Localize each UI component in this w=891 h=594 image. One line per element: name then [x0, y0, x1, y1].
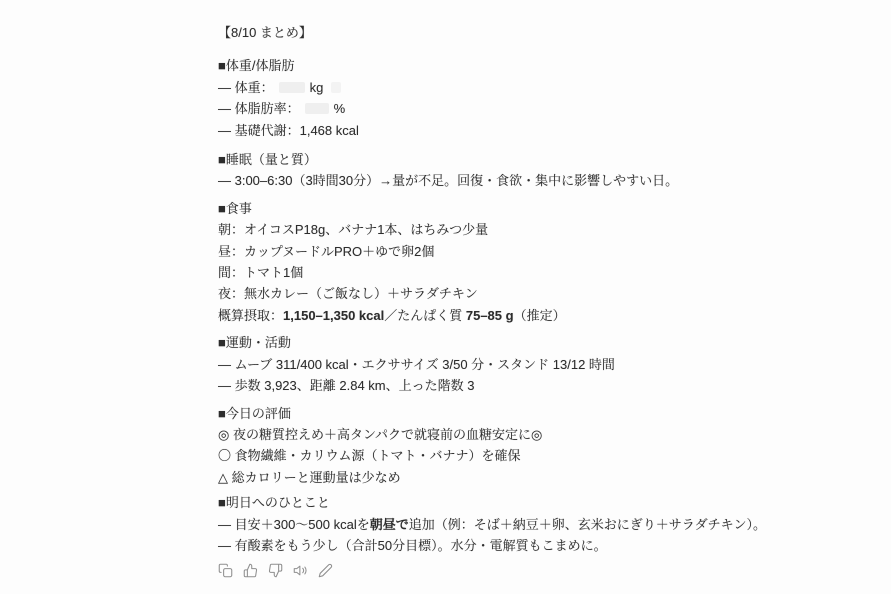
snack-line: 間：トマト1個 [218, 262, 778, 283]
thumbs-down-icon [268, 563, 283, 578]
thumbs-up-button[interactable] [243, 563, 258, 578]
edit-pencil-icon [318, 563, 333, 578]
weight-label: — 体重： [218, 80, 274, 95]
sleep-heading: ■睡眠（量と質） [218, 149, 778, 170]
section-activity: ■運動・活動 — ムーブ 311/400 kcal・エクササイズ 3/50 分・… [218, 332, 778, 396]
lunch-line: 昼：カップヌードルPRO＋ゆで卵2個 [218, 241, 778, 262]
dinner-line: 夜：無水カレー（ご飯なし）＋サラダチキン [218, 283, 778, 304]
tomorrow-line1-bold: 朝昼で [370, 517, 409, 532]
message-action-bar [218, 563, 778, 578]
section-body-metrics: ■体重/体脂肪 — 体重：kg — 体脂肪率：% — 基礎代謝：1,468 kc… [218, 55, 778, 141]
section-sleep: ■睡眠（量と質） — 3:00–6:30（3時間30分）→量が不足。回復・食欲・… [218, 149, 778, 192]
copy-button[interactable] [218, 563, 233, 578]
section-evaluation: ■今日の評価 ◎ 夜の糖質控えめ＋高タンパクで就寝前の血糖安定に◎ 〇 食物繊維… [218, 403, 778, 489]
summary-title: 【8/10 まとめ】 [218, 22, 778, 43]
read-aloud-icon [293, 563, 308, 578]
activity-heading: ■運動・活動 [218, 332, 778, 353]
read-aloud-button[interactable] [293, 563, 308, 578]
breakfast-line: 朝：オイコスP18g、バナナ1本、はちみつ少量 [218, 219, 778, 240]
intake-estimate-line: 概算摂取：1,150–1,350 kcal／たんぱく質 75–85 g（推定） [218, 305, 778, 326]
body-metrics-heading: ■体重/体脂肪 [218, 55, 778, 76]
copy-icon [218, 563, 233, 578]
thumbs-up-icon [243, 563, 258, 578]
chat-screenshot-page: 【8/10 まとめ】 ■体重/体脂肪 — 体重：kg — 体脂肪率：% — 基礎… [0, 0, 891, 594]
tomorrow-line1: — 目安＋300〜500 kcalを朝昼で追加（例：そば＋納豆＋卵、玄米おにぎり… [218, 514, 778, 535]
weight-unit: kg [310, 80, 324, 95]
body-fat-label: — 体脂肪率： [218, 101, 300, 116]
tomorrow-heading: ■明日へのひとこと [218, 492, 778, 513]
tomorrow-line2: — 有酸素をもう少し（合計50分目標）。水分・電解質もこまめに。 [218, 535, 778, 556]
redacted-weight-value [279, 82, 305, 93]
body-fat-line: — 体脂肪率：% [218, 98, 778, 119]
evaluation-good-line: ◎ 夜の糖質控えめ＋高タンパクで就寝前の血糖安定に◎ [218, 424, 778, 445]
intake-suffix: （推定） [514, 308, 566, 323]
assistant-message: 【8/10 まとめ】 ■体重/体脂肪 — 体重：kg — 体脂肪率：% — 基礎… [218, 22, 778, 578]
tomorrow-line1-prefix: — 目安＋300〜500 kcalを [218, 517, 370, 532]
intake-kcal-value: 1,150–1,350 kcal [283, 308, 384, 323]
redacted-body-fat-value [305, 103, 329, 114]
edit-button[interactable] [318, 563, 333, 578]
bmr-line: — 基礎代謝：1,468 kcal [218, 120, 778, 141]
weight-line: — 体重：kg [218, 77, 778, 98]
tomorrow-line1-suffix: 追加（例：そば＋納豆＋卵、玄米おにぎり＋サラダチキン）。 [409, 517, 766, 532]
thumbs-down-button[interactable] [268, 563, 283, 578]
evaluation-caution-line: △ 総カロリーと運動量は少なめ [218, 467, 778, 488]
evaluation-heading: ■今日の評価 [218, 403, 778, 424]
activity-rings-line: — ムーブ 311/400 kcal・エクササイズ 3/50 分・スタンド 13… [218, 354, 778, 375]
activity-steps-line: — 歩数 3,923、距離 2.84 km、上った階数 3 [218, 375, 778, 396]
intake-separator: ／たんぱく質 [384, 308, 466, 323]
sleep-line: — 3:00–6:30（3時間30分）→量が不足。回復・食欲・集中に影響しやすい… [218, 170, 778, 191]
section-meals: ■食事 朝：オイコスP18g、バナナ1本、はちみつ少量 昼：カップヌードルPRO… [218, 198, 778, 326]
intake-label: 概算摂取： [218, 308, 283, 323]
section-tomorrow: ■明日へのひとこと — 目安＋300〜500 kcalを朝昼で追加（例：そば＋納… [218, 492, 778, 556]
evaluation-ok-line: 〇 食物繊維・カリウム源（トマト・バナナ）を確保 [218, 445, 778, 466]
meals-heading: ■食事 [218, 198, 778, 219]
intake-protein-value: 75–85 g [466, 308, 514, 323]
body-fat-unit: % [334, 101, 346, 116]
redacted-weight-note [331, 82, 341, 93]
